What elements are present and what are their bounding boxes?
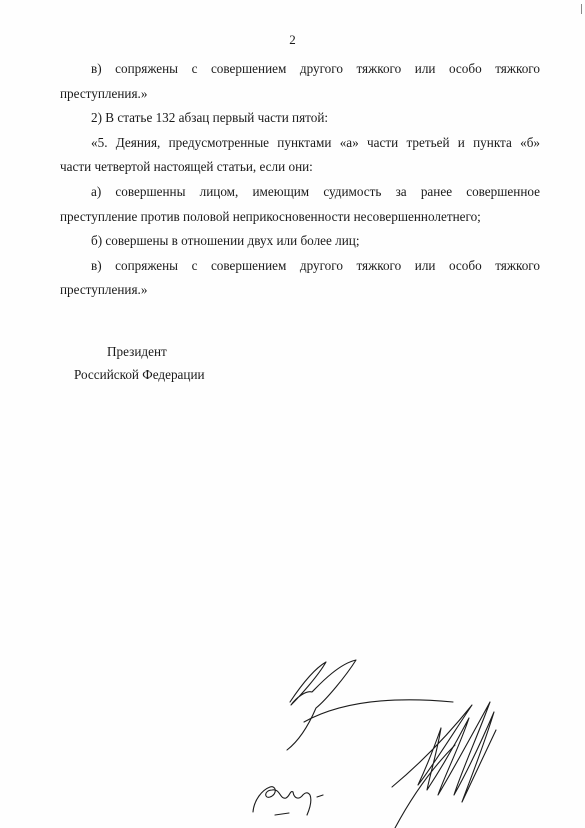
paragraph-line: в) сопряжены с совершением другого тяжко… xyxy=(60,254,540,279)
paragraph-line: в) сопряжены с совершением другого тяжко… xyxy=(60,57,540,82)
paragraph-line: «5. Деяния, предусмотренные пунктами «а»… xyxy=(60,131,540,156)
paragraph-line: а) совершенны лицом, имеющим судимость з… xyxy=(60,180,540,205)
signatory-block: Президент Российской Федерации xyxy=(74,340,205,386)
signatory-organization: Российской Федерации xyxy=(74,363,205,386)
paragraph-line: преступления.» xyxy=(60,278,540,303)
paragraph-line: преступления.» xyxy=(60,82,540,107)
paragraph-line: б) совершены в отношении двух или более … xyxy=(60,229,540,254)
paragraph-line: части четвертой настоящей статьи, если о… xyxy=(60,155,540,180)
paragraph-line: преступление против половой неприкоснове… xyxy=(60,205,540,230)
signatory-title: Президент xyxy=(74,340,205,363)
page-number: 2 xyxy=(0,32,585,48)
document-page: 2 в) сопряжены с совершением другого тяж… xyxy=(0,0,585,828)
paragraph-line: 2) В статье 132 абзац первый части пятой… xyxy=(60,106,540,131)
page-edge-mark xyxy=(581,4,582,14)
document-body: в) сопряжены с совершением другого тяжко… xyxy=(60,57,540,303)
